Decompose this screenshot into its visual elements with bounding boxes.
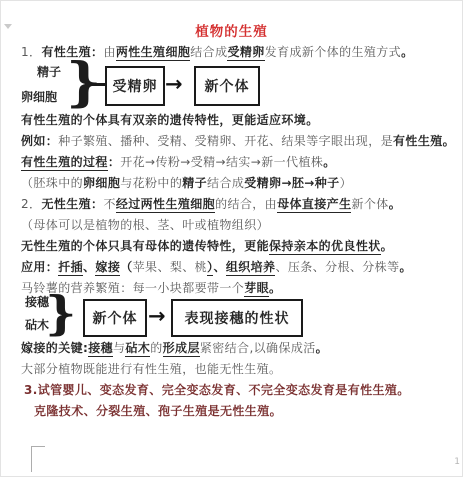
text-segment: 组织培养 xyxy=(226,260,276,276)
text-segment: （ xyxy=(120,260,132,274)
text-segment: 。 xyxy=(401,45,413,59)
egg-cell-label: 卵细胞 xyxy=(21,88,57,105)
text-segment: 紧密结合,以确保成活 xyxy=(200,341,316,355)
text-segment: 保持亲本的优良性状 xyxy=(269,239,381,255)
text-line-6: 2．无性生殖：不经过两性生殖细胞的结合，由母体直接产生新个体。 xyxy=(21,197,401,211)
text-segment: 接穗 xyxy=(88,341,113,357)
text-segment: 。 xyxy=(269,281,281,295)
new-individual-box: 新个体 xyxy=(83,299,147,337)
text-segment: 克隆技术、分裂生殖、孢子生殖是无性生殖。 xyxy=(34,404,282,418)
text-segment: 新个体 xyxy=(351,197,388,211)
text-segment: （胚珠中的 xyxy=(21,176,83,190)
text-segment: 。 xyxy=(316,341,328,355)
text-segment: 卵细胞 xyxy=(83,176,120,190)
text-segment: 与花粉中的 xyxy=(120,176,182,190)
text-boundary-corner-mark xyxy=(31,446,45,472)
arrow-right-icon: → xyxy=(165,74,183,95)
text-segment: 形成层 xyxy=(163,341,200,357)
text-segment: 砧木 xyxy=(125,341,150,357)
text-line-3: 例如：种子繁殖、播种、受精、受精卵、开花、结果等字眼出现，是有性生殖。 xyxy=(21,134,455,148)
text-segment: 、压条、分根、分株等 xyxy=(275,260,399,274)
text-segment: （母体可以是植物的根、茎、叶或植物组织） xyxy=(21,218,269,232)
text-segment: 。 xyxy=(399,260,411,274)
text-line-8: 无性生殖的个体只具有母体的遗传特性，更能保持亲本的优良性状。 xyxy=(21,239,393,253)
page-title: 植物的生殖 xyxy=(1,20,462,40)
text-segment: 嫁接 xyxy=(95,260,120,276)
text-segment: 、 xyxy=(213,260,225,274)
text-line-11: 嫁接的关键:接穗与砧木的形成层紧密结合,以确保成活。 xyxy=(21,341,328,355)
text-line-10: 马铃薯的营养繁殖：每一小块都要带一个芽眼。 xyxy=(21,281,281,295)
text-segment: 精子 xyxy=(182,176,207,190)
text-segment: 发育成新个体的生殖方式 xyxy=(265,45,401,59)
text-segment: 经过两性生殖细胞 xyxy=(116,197,215,213)
text-segment: 母体直接产生 xyxy=(277,197,351,213)
text-segment: ） xyxy=(340,176,352,190)
text-segment: 无性生殖的个体只具有母体的遗传特性，更能 xyxy=(21,239,269,253)
text-segment: 有性生殖的过程 xyxy=(21,155,108,171)
text-segment: 。 xyxy=(381,239,393,253)
brace-icon: } xyxy=(45,290,76,336)
fertilized-egg-box: 受精卵 xyxy=(105,66,165,106)
text-segment: 受精卵 xyxy=(227,45,264,61)
text-segment: 的结合，由 xyxy=(215,197,277,211)
text-line-9: 应用：扦插、嫁接（苹果、梨、桃）、组织培养、压条、分根、分株等。 xyxy=(21,260,412,274)
text-segment: 结合成 xyxy=(190,45,227,59)
text-segment: 有性生殖 xyxy=(393,134,443,148)
page-number: 1 xyxy=(454,457,460,467)
text-segment: 不 xyxy=(103,197,115,211)
text-line-1: 1．有性生殖：由两性生殖细胞结合成受精卵发育成新个体的生殖方式。 xyxy=(21,45,413,59)
text-segment: 。 xyxy=(323,155,335,169)
text-segment: 扦插 xyxy=(58,260,83,276)
text-segment: 嫁接的关键: xyxy=(21,341,88,355)
text-line-7: （母体可以是植物的根、茎、叶或植物组织） xyxy=(21,218,269,232)
text-segment: 两性生殖细胞 xyxy=(116,45,190,61)
text-segment: 例如： xyxy=(21,134,58,148)
scion-traits-box: 表现接穗的性状 xyxy=(171,299,303,337)
text-segment: 开花→传粉→受精→结实→新一代植株 xyxy=(120,155,323,169)
text-line-13: 3.试管婴儿、变态发育、完全变态发育、不完全变态发育是有性生殖。 xyxy=(24,383,410,397)
text-segment: 马铃薯的营养繁殖：每一小块都要带一个 xyxy=(21,281,244,295)
text-line-2: 有性生殖的个体具有双亲的遗传特性，更能适应环境。 xyxy=(21,113,319,127)
text-segment: 结合成 xyxy=(207,176,244,190)
text-segment: 有性生殖的个体具有双亲的遗传特性，更能适应环境。 xyxy=(21,113,319,127)
sperm-label: 精子 xyxy=(37,63,61,80)
text-segment: 的 xyxy=(150,341,162,355)
text-segment: 与 xyxy=(113,341,125,355)
document-page: 植物的生殖 精子 卵细胞 } 受精卵 → 新个体 接穗 砧木 } 新个体 → 表… xyxy=(0,0,463,477)
text-segment: 2． xyxy=(21,197,41,211)
text-segment: 。 xyxy=(389,197,401,211)
text-segment: 3.试管婴儿、变态发育、完全变态发育、不完全变态发育是有性生殖。 xyxy=(24,383,410,397)
arrow-right-icon: → xyxy=(148,306,166,327)
text-segment: 大部分植物既能进行有性生殖，也能无性生殖。 xyxy=(21,362,281,376)
text-segment: 受精卵→胚→种子 xyxy=(244,176,339,190)
text-segment: 无性生殖： xyxy=(41,197,103,211)
text-line-4: 有性生殖的过程：开花→传粉→受精→结实→新一代植株。 xyxy=(21,155,336,169)
connector-line xyxy=(91,83,105,86)
text-segment: 1． xyxy=(21,45,41,59)
text-line-5: （胚珠中的卵细胞与花粉中的精子结合成受精卵→胚→种子） xyxy=(21,176,352,190)
text-segment: 应用： xyxy=(21,260,58,274)
text-segment: 芽眼 xyxy=(244,281,269,297)
text-line-12: 大部分植物既能进行有性生殖，也能无性生殖。 xyxy=(21,362,281,376)
text-segment: 有性生殖： xyxy=(41,45,103,59)
text-segment: 、 xyxy=(83,260,95,274)
new-individual-box: 新个体 xyxy=(194,66,260,106)
text-segment: 种子繁殖、播种、受精、受精卵、开花、结果等字眼出现，是 xyxy=(58,134,393,148)
text-segment: 。 xyxy=(443,134,455,148)
text-line-14: 克隆技术、分裂生殖、孢子生殖是无性生殖。 xyxy=(34,404,282,418)
text-segment: 由 xyxy=(103,45,115,59)
text-segment: 苹果、梨、桃 xyxy=(133,260,207,274)
text-segment: ： xyxy=(108,155,120,169)
